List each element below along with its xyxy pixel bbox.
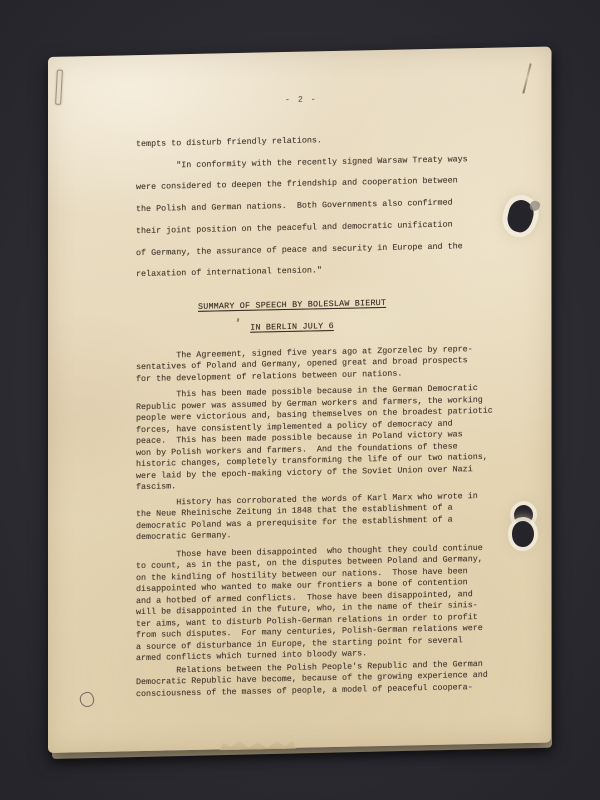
photo-background: - 2 - tempts to disturb friendly relatio…	[0, 0, 600, 800]
paragraph: This has been made possible because in t…	[136, 383, 504, 494]
pin-scratch-mark	[522, 63, 531, 94]
paragraph: The Agreement, signed five years ago at …	[136, 343, 504, 385]
typed-text-column: tempts to disturb friendly relations. "I…	[136, 126, 504, 700]
page-number: - 2 -	[285, 94, 317, 105]
paragraph: History has corroborated the words of Ka…	[136, 490, 504, 544]
punched-hole-lower	[511, 505, 535, 550]
section-heading: SUMMARY OF SPEECH BY BOLESLAW BIERUTIN B…	[198, 292, 386, 340]
bottom-edge-tear	[220, 738, 296, 751]
paragraph: Those have been disappointed who thought…	[136, 542, 504, 665]
punched-hole-upper	[505, 198, 537, 235]
paragraph: tempts to disturb friendly relations. "I…	[136, 126, 504, 286]
handwritten-circle-mark	[78, 690, 97, 709]
staple-mark	[55, 70, 63, 105]
paragraph: Relations between the Polish People's Re…	[136, 658, 504, 700]
hole-blot-circle	[512, 521, 534, 547]
typed-line: IN BERLIN JULY 6	[198, 314, 386, 340]
typed-line: SUMMARY OF SPEECH BY BOLESLAW BIERUT	[198, 292, 386, 318]
document-page: - 2 - tempts to disturb friendly relatio…	[48, 46, 551, 753]
